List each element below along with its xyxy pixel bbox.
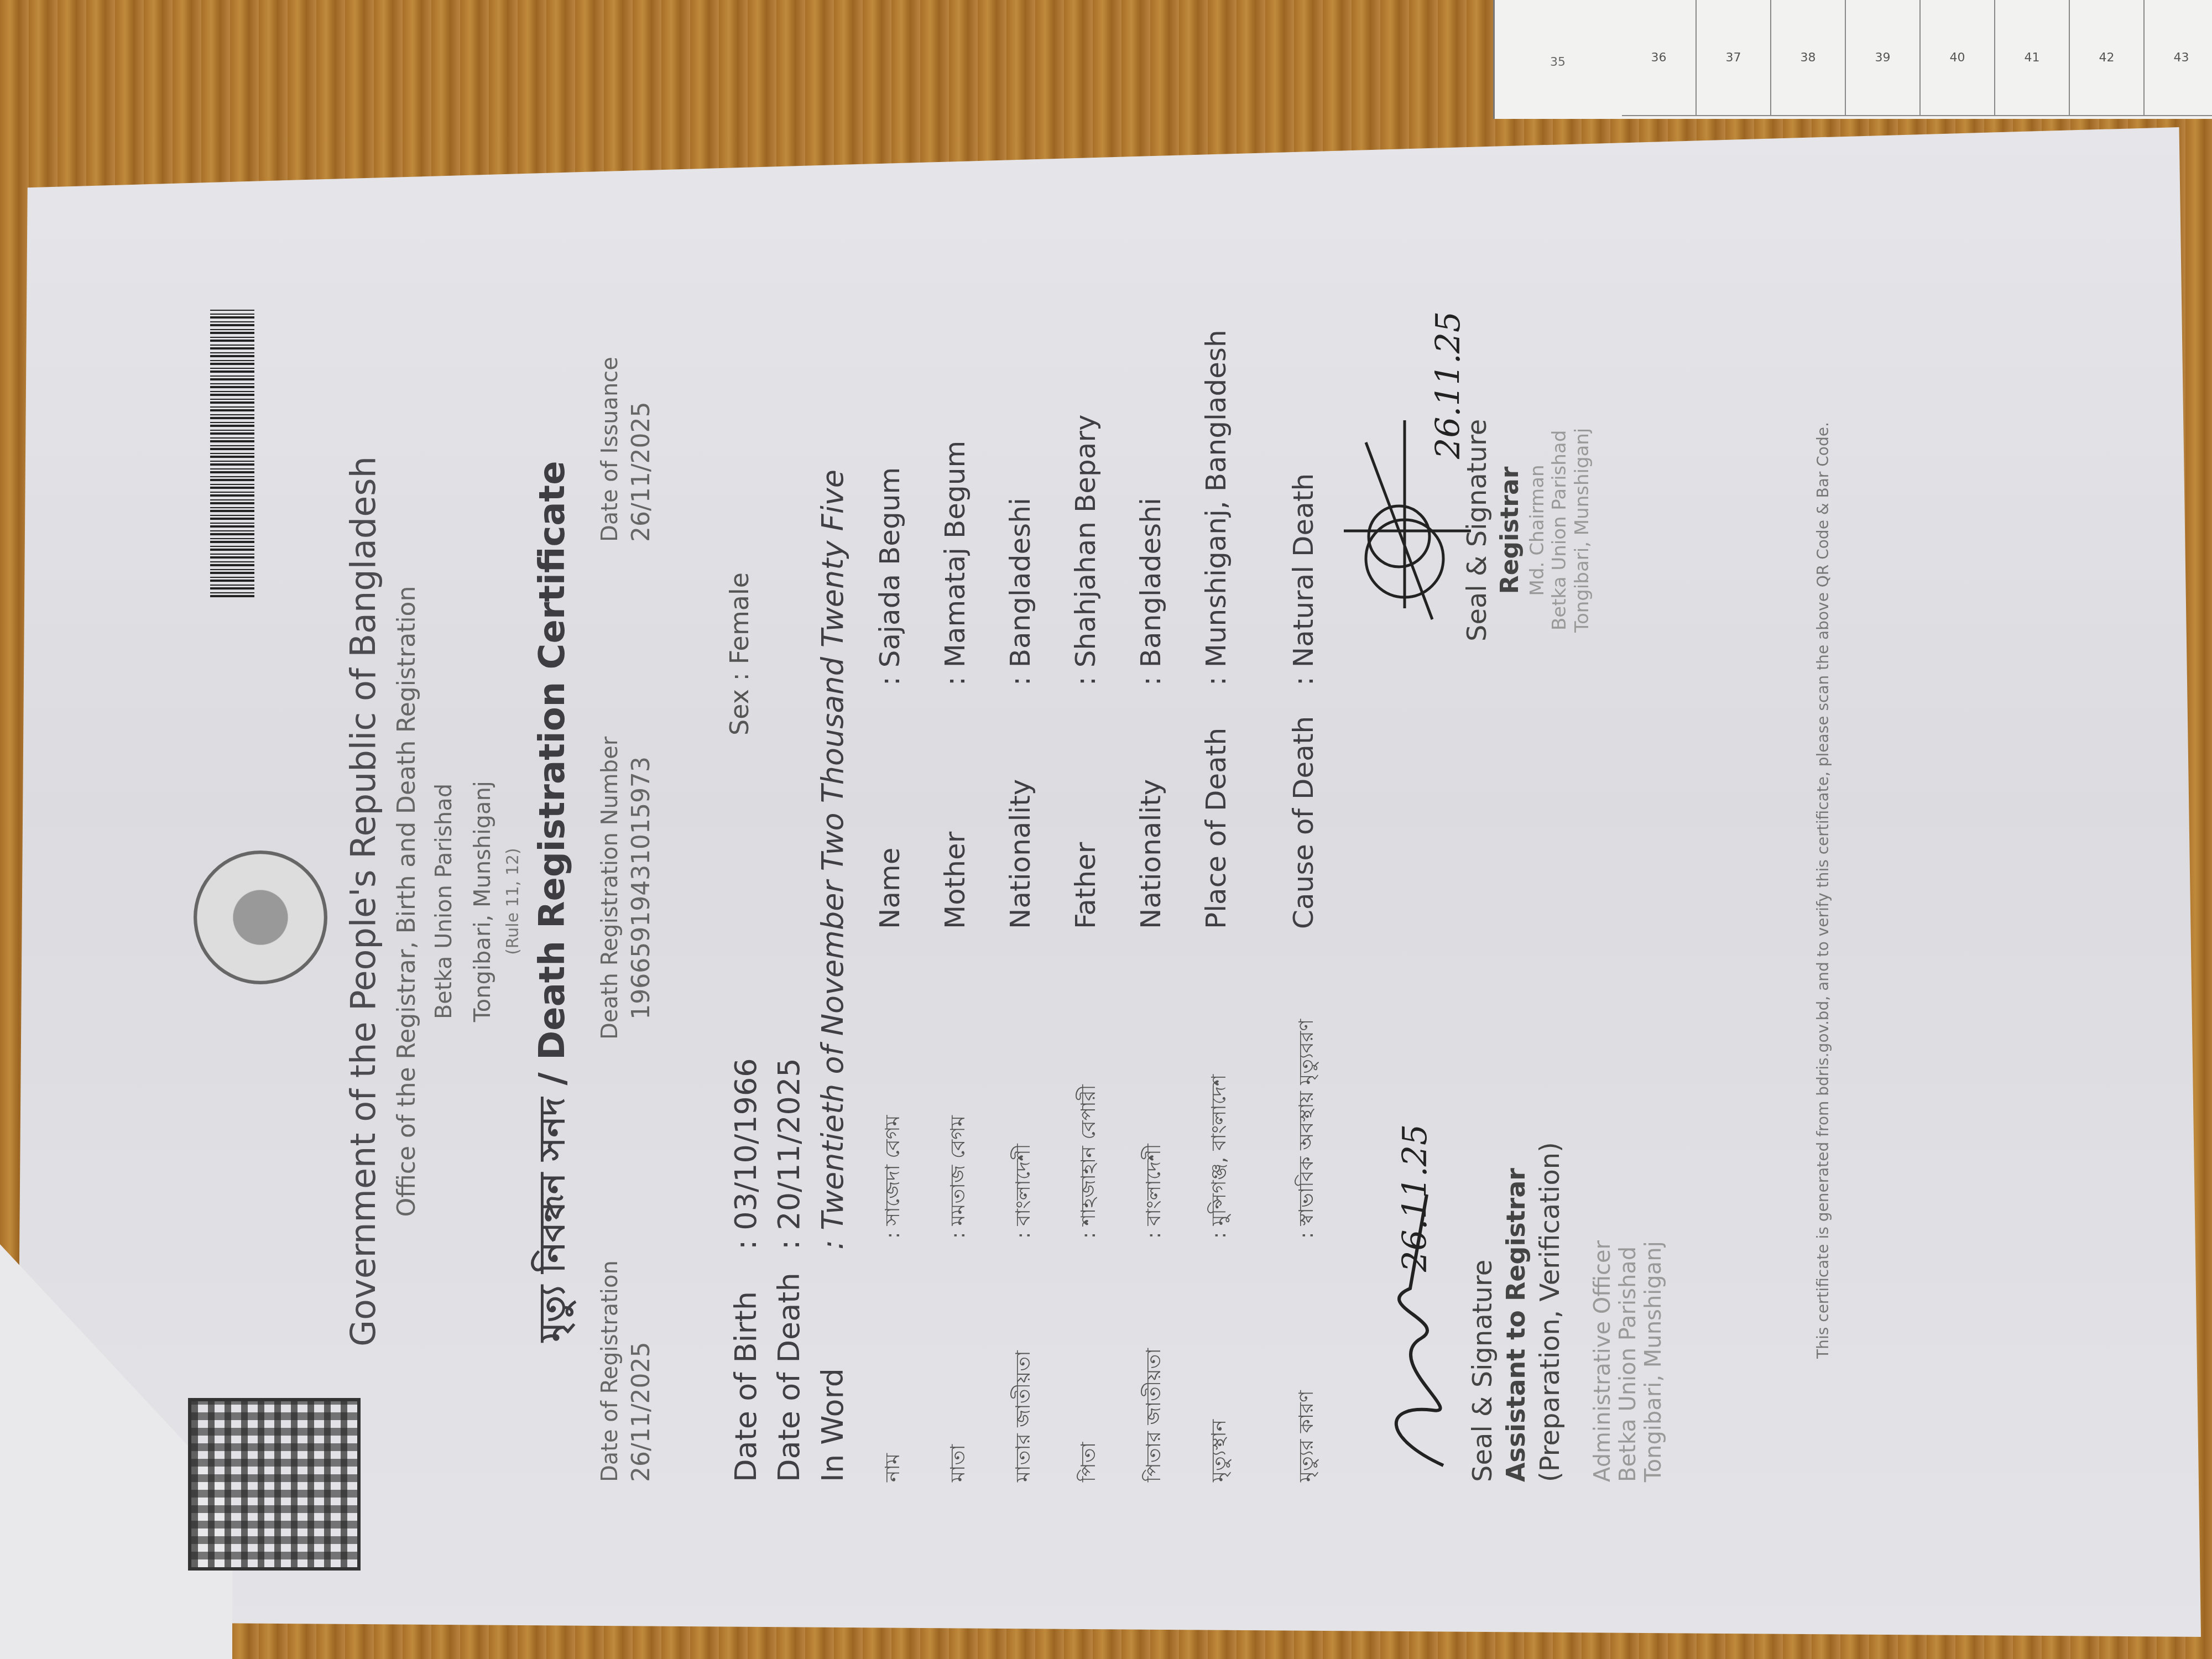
detail-row: মৃত্যুস্থান : মুন্সিগঞ্জ, বাংলাদেশ Place… xyxy=(1200,265,1265,1482)
stamp-line: Tongibari, Munshiganj xyxy=(1641,1142,1666,1482)
registration-date-value: 26/11/2025 xyxy=(627,1260,655,1482)
bangla-value: : শাহজাহান বেপারী xyxy=(1073,929,1107,1239)
detail-row: মাতা : মমতাজ বেগম Mother : Mamataj Begum xyxy=(939,265,1004,1482)
ledger-cells: 36 37 38 39 40 41 42 43 xyxy=(1622,0,2212,116)
issuance-date-block: Date of Issuance 26/11/2025 xyxy=(597,357,655,542)
registration-date-label: Date of Registration xyxy=(597,1260,623,1482)
detail-row: পিতা : শাহজাহান বেপারী Father : Shahjaha… xyxy=(1070,265,1135,1482)
ledger-cell: 40 xyxy=(1921,0,1995,116)
birth-date-value: : 03/10/1966 xyxy=(728,1058,763,1250)
details-table: নাম : সাজেদা বেগম Name : Sajada Begum মা… xyxy=(874,265,1353,1482)
registrar-signature-block: 26.11.25 Seal & Signature Registrar Md. … xyxy=(1460,419,1594,641)
detail-row: পিতার জাতীয়তা : বাংলাদেশী Nationality :… xyxy=(1135,265,1200,1482)
bangla-value: : স্বাভাবিক অবস্থায় মৃত্যুবরণ xyxy=(1291,929,1324,1239)
bangla-value: : বাংলাদেশী xyxy=(1008,929,1041,1239)
registration-number-block: Death Registration Number 19665919431015… xyxy=(597,737,655,1040)
handwritten-date-left: 26.11.25 xyxy=(1394,1124,1437,1272)
english-label: Mother xyxy=(939,686,971,929)
registration-number-label: Death Registration Number xyxy=(597,737,623,1040)
ledger-cell: 41 xyxy=(1995,0,2070,116)
sex-field: Sex : Female xyxy=(724,572,754,735)
english-value: : Mamataj Begum xyxy=(939,441,971,686)
qr-code-icon xyxy=(188,1398,361,1571)
english-value: : Bangladeshi xyxy=(1135,498,1167,686)
bangla-value: : সাজেদা বেগম xyxy=(878,929,911,1239)
registration-date-block: Date of Registration 26/11/2025 xyxy=(597,1260,655,1482)
ledger-row-number: 35 xyxy=(1550,55,1566,69)
government-seal-icon xyxy=(194,851,327,984)
detail-row: মাতার জাতীয়তা : বাংলাদেশী Nationality :… xyxy=(1004,265,1070,1482)
english-value: : Natural Death xyxy=(1287,473,1319,686)
english-label: Father xyxy=(1070,686,1102,929)
ledger-cell: 43 xyxy=(2145,0,2212,116)
death-date-label: Date of Death xyxy=(768,1250,811,1482)
english-value: : Munshiganj, Bangladesh xyxy=(1200,330,1232,686)
bangla-value: : মুন্সিগঞ্জ, বাংলাদেশ xyxy=(1204,929,1237,1239)
ledger-cell: 38 xyxy=(1771,0,1846,116)
union-heading: Betka Union Parishad xyxy=(431,210,457,1593)
assistant-signature-block: 26.11.25 Seal & Signature Assistant to R… xyxy=(1465,1142,1666,1482)
certificate-title: মৃত্যু নিবন্ধন সনদ / Death Registration … xyxy=(525,210,585,1593)
detail-row: নাম : সাজেদা বেগম Name : Sajada Begum xyxy=(874,265,939,1482)
bangla-label: মাতার জাতীয়তা xyxy=(1008,1239,1041,1482)
bangla-label: মৃত্যুস্থান xyxy=(1204,1239,1237,1482)
rule-reference: (Rule 11, 12) xyxy=(503,210,523,1593)
registration-number-value: 19665919431015973 xyxy=(627,737,655,1040)
registrar-stamp: Md. Chairman Betka Union Parishad Tongib… xyxy=(1526,419,1594,641)
ledger-cell: 36 xyxy=(1622,0,1697,116)
english-label: Place of Death xyxy=(1200,686,1232,929)
death-date-value: : 20/11/2025 xyxy=(771,1058,806,1250)
stamp-line: Md. Chairman xyxy=(1526,419,1549,641)
bangla-label: মাতা xyxy=(943,1239,976,1482)
english-value: : Shahjahan Bepary xyxy=(1070,414,1102,686)
assistant-stamp: Administrative Officer Betka Union Paris… xyxy=(1590,1142,1666,1482)
in-word-value: : Twentieth of November Two Thousand Twe… xyxy=(815,469,850,1250)
stamp-line: Betka Union Parishad xyxy=(1615,1142,1641,1482)
english-value: : Bangladeshi xyxy=(1004,498,1036,686)
english-label: Cause of Death xyxy=(1287,686,1319,929)
government-heading: Government of the People's Republic of B… xyxy=(343,210,383,1593)
english-label: Nationality xyxy=(1004,686,1036,929)
english-label: Name xyxy=(874,686,906,929)
bangla-label: পিতা xyxy=(1073,1239,1107,1482)
verification-footer: This certificate is generated from bdris… xyxy=(1814,254,1832,1526)
english-value: : Sajada Begum xyxy=(874,467,906,686)
handwritten-date-right: 26.11.25 xyxy=(1427,311,1470,459)
assistant-subrole: (Preparation, Verification) xyxy=(1533,1142,1567,1482)
birth-date-label: Date of Birth xyxy=(724,1250,768,1482)
bangla-value: : বাংলাদেশী xyxy=(1139,929,1172,1239)
ledger-cell: 37 xyxy=(1697,0,1771,116)
in-word-label: In Word xyxy=(811,1250,854,1482)
issuance-date-label: Date of Issuance xyxy=(597,357,623,542)
location-heading: Tongibari, Munshiganj xyxy=(470,210,495,1593)
ledger-cell: 42 xyxy=(2070,0,2145,116)
office-heading: Office of the Registrar, Birth and Death… xyxy=(393,210,421,1593)
assistant-role: Assistant to Registrar xyxy=(1500,1142,1533,1482)
stamp-line: Administrative Officer xyxy=(1590,1142,1615,1482)
bangla-value: : মমতাজ বেগম xyxy=(943,929,976,1239)
bangla-label: নাম xyxy=(878,1239,911,1482)
stamp-line: Betka Union Parishad xyxy=(1548,419,1571,641)
bangla-label: মৃত্যুর কারণ xyxy=(1291,1239,1324,1482)
death-registration-certificate: Government of the People's Republic of B… xyxy=(177,210,1891,1593)
registrar-role: Registrar xyxy=(1494,419,1526,641)
issuance-date-value: 26/11/2025 xyxy=(627,357,655,542)
bangla-label: পিতার জাতীয়তা xyxy=(1139,1239,1172,1482)
english-label: Nationality xyxy=(1135,686,1167,929)
barcode-icon xyxy=(210,310,254,597)
background-ledger-sheet: 35 36 37 38 39 40 41 42 43 xyxy=(1493,0,2212,119)
stamp-line: Tongibari, Munshiganj xyxy=(1571,419,1594,641)
ledger-cell: 39 xyxy=(1846,0,1921,116)
